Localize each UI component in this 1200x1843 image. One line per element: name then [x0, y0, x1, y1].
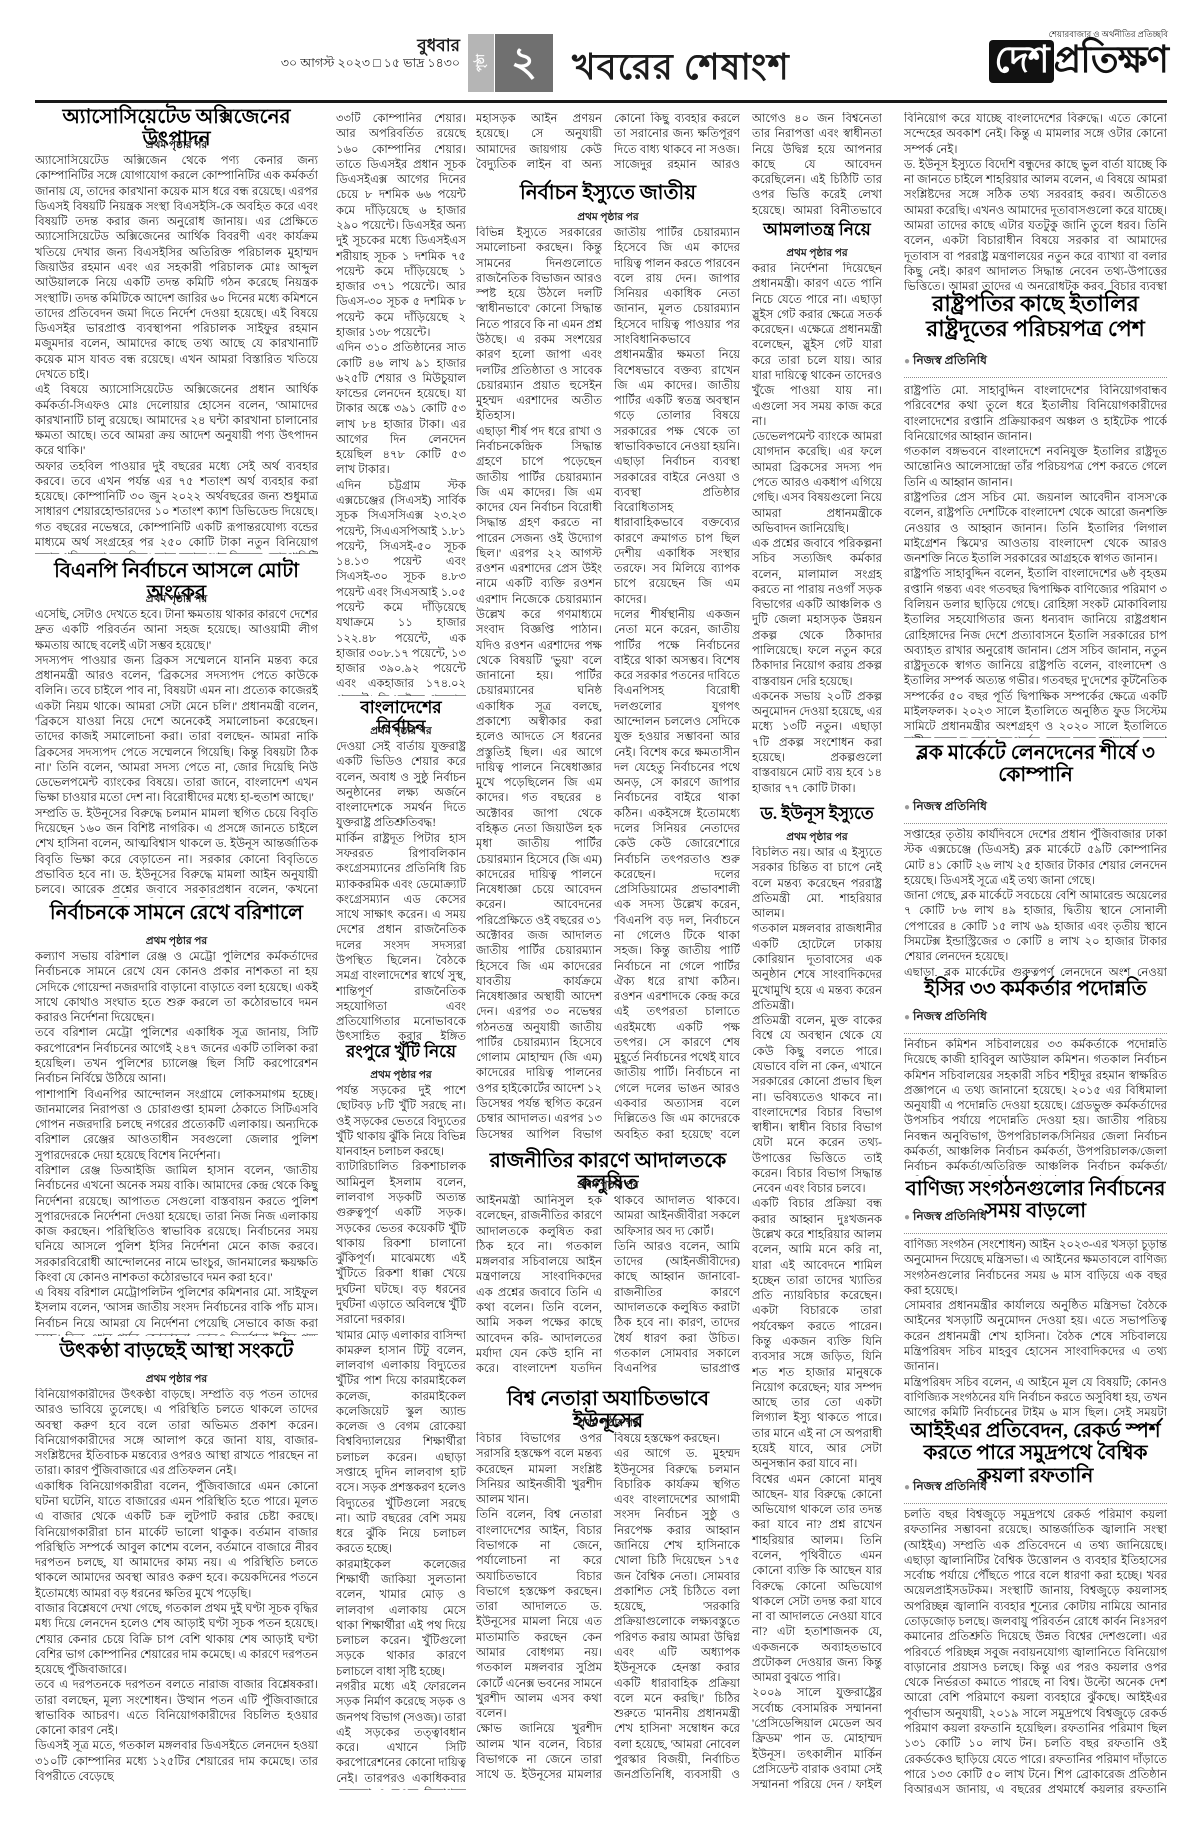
continued-marker: প্রথম পৃষ্ঠার পর [35, 1372, 318, 1389]
continued-marker: প্রথম পৃষ্ঠার পর [336, 1068, 466, 1085]
continuation-stock-indices: ৩৩টি কোম্পানির শেয়ার। আর অপরিবর্তিত রয়… [336, 112, 466, 696]
continued-marker: প্রথম পৃষ্ঠার পর [35, 592, 318, 609]
date-block: বুধবার ৩০ আগস্ট ২০২৩ □ ১৫ ভাদ্র ১৪৩০ [180, 36, 460, 71]
article-body-world-leaders-yunus: বিচার বিভাগের ওপর সরাসরি হস্তক্ষেপ বলে ম… [476, 1432, 740, 1790]
continued-marker: প্রথম পৃষ্ঠার পর [35, 934, 318, 951]
article-headline-rangpur-poles: রংপুরে খুঁটি নিয়ে [336, 1042, 466, 1061]
article-headline-ec-promotions: ইসির ৩৩ কর্মকর্তার পদোন্নতি [904, 978, 1167, 1000]
article-body-yunus-issue: বিচলিত নয়। আর এ ইস্যুতে সরকার চিন্তিত ব… [752, 846, 882, 1790]
section-title: খবরের শেষাংশ [572, 40, 972, 100]
article-headline-barishal-election: নির্বাচনকে সামনে রেখে বরিশালে [35, 902, 318, 924]
article-body-bureaucracy: করার নির্দেশনা দিয়েছেন প্রধানমন্ত্রী। ক… [752, 262, 882, 802]
continued-marker: প্রথম পৃষ্ঠার পর [752, 830, 882, 847]
article-body-rangpur-poles: পর্যন্ত সড়কের দুই পাশে ছোটবড় ৮টি খুঁটি… [336, 1084, 466, 1790]
article-body-coal-export: চলতি বছর বিশ্বজুড়ে সমুদ্রপথে রেকর্ড পরি… [904, 1508, 1167, 1796]
byline: ● নিজস্ব প্রতিনিধি [904, 352, 1167, 378]
article-body-italy-ambassador: রাষ্ট্রপতি মো. সাহাবুদ্দিন বাংলাদেশের বি… [904, 384, 1167, 738]
byline-text: নিজস্ব প্রতিনিধি [913, 353, 987, 367]
newspaper-page: বুধবার ৩০ আগস্ট ২০২৩ □ ১৫ ভাদ্র ১৪৩০ পৃষ… [0, 0, 1200, 1843]
byline: ● নিজস্ব প্রতিনিধি [904, 798, 1167, 824]
continued-marker: প্রথম পৃষ্ঠার পর [35, 138, 318, 155]
date-line: ৩০ আগস্ট ২০২৩ □ ১৫ ভাদ্র ১৪৩০ [180, 56, 460, 71]
masthead: শেয়ারবাজার ও অর্থনীতির প্রতিচ্ছবি দেশপ্… [960, 28, 1168, 81]
article-body-associated-oxygen: অ্যাসোসিয়েটেড অক্সিজেন থেকে পণ্য কেনার … [35, 154, 318, 554]
byline: ● নিজস্ব প্রতিনিধি [904, 1208, 1167, 1234]
article-body-jatiya-party-election: বিভিন্ন ইস্যুতে সরকারের সমালোচনা করছেন। … [476, 226, 740, 1146]
byline-text: নিজস্ব প্রতিনিধি [913, 1209, 987, 1223]
continued-marker: প্রথম পৃষ্ঠার পর [476, 1178, 740, 1195]
article-body-bangladesh-election: দেওয়া সেই বার্তায় যুক্তরাষ্ট্র একটি ভি… [336, 740, 466, 1040]
article-headline-block-market: ব্লক মার্কেটে লেনদেনের শীর্ষে ৩ কোম্পানি [904, 742, 1167, 787]
article-body-block-market: সপ্তাহের তৃতীয় কার্যদিবসে দেশের প্রধান … [904, 828, 1167, 976]
page-label-strip: পৃষ্ঠা [468, 34, 494, 92]
page-number: ২ [511, 30, 537, 97]
article-body-ec-promotions: নির্বাচন কমিশন সচিবালয়ের ৩৩ কর্মকর্তাকে… [904, 1038, 1167, 1176]
continued-marker: প্রথম পৃষ্ঠার পর [752, 246, 882, 263]
article-body-barishal-election: কল্যাণ সভায় বরিশাল রেঞ্জ ও মেট্রো পুলিশ… [35, 950, 318, 1336]
article-headline-italy-ambassador: রাষ্ট্রপতির কাছে ইতালির রাষ্ট্রদূতের পরি… [904, 292, 1167, 341]
continued-marker: প্রথম পৃষ্ঠার পর [336, 724, 466, 741]
masthead-word1: দেশ [989, 40, 1053, 83]
byline-bullet-icon: ● [904, 1012, 910, 1023]
article-body-bnp-election: এসেছি, সেটাও দেখতে হবে। টানা ক্ষমতায় থা… [35, 608, 318, 898]
byline-bullet-icon: ● [904, 1212, 910, 1223]
continued-marker: প্রথম পৃষ্ঠার পর [476, 210, 740, 227]
article-headline-yunus-issue: ড. ইউনূস ইস্যুতে [752, 804, 882, 823]
article-headline-bureaucracy: আমলাতন্ত্র নিয়ে [752, 220, 882, 239]
byline: ● নিজস্ব প্রতিনিধি [904, 1478, 1167, 1504]
header-rule [35, 100, 1167, 103]
byline-text: নিজস্ব প্রতিনিধি [913, 799, 987, 813]
byline-bullet-icon: ● [904, 802, 910, 813]
page-word: পৃষ্ঠা [472, 54, 491, 72]
byline-text: নিজস্ব প্রতিনিধি [913, 1009, 987, 1023]
byline-bullet-icon: ● [904, 356, 910, 367]
article-body-court-politics: আইনমন্ত্রী আনিসুল হক বলেছেন, রাজনীতির কা… [476, 1194, 740, 1384]
article-body-trade-org-election: বাণিজ্য সংগঠন (সংশোধন) আইন ২০২৩-এর খসড়া… [904, 1238, 1167, 1418]
masthead-logo: দেশপ্রতিক্ষণ [960, 42, 1168, 81]
byline-bullet-icon: ● [904, 1482, 910, 1493]
continuation-investment-letter: বিনিয়োগ করে যাচ্ছে বাংলাদেশের বিরুদ্ধে।… [904, 112, 1167, 290]
continuation-highway-law: মহাসড়ক আইন প্রণয়ন হয়েছে। সে অনুযায়ী … [476, 112, 740, 180]
page-number-badge: ২ [495, 34, 553, 92]
continued-marker: প্রথম পৃষ্ঠার পর [476, 1416, 740, 1433]
article-headline-jatiya-party-election: নির্বাচন ইস্যুতে জাতীয় [476, 182, 740, 204]
article-headline-investor-anxiety: উৎকণ্ঠা বাড়ছেই আস্থা সংকটে [35, 1340, 318, 1362]
byline: ● নিজস্ব প্রতিনিধি [904, 1008, 1167, 1034]
byline-text: নিজস্ব প্রতিনিধি [913, 1479, 987, 1493]
masthead-word2: প্রতিক্ষণ [1054, 40, 1168, 81]
day-name: বুধবার [180, 36, 460, 56]
continuation-open-letter: আগেও ৪০ জন বিশ্বনেতা তার নিরাপত্তা এবং স… [752, 112, 882, 218]
article-body-investor-anxiety: বিনিয়োগকারীদের উৎকণ্ঠা বাড়ছে। সম্প্রতি… [35, 1388, 318, 1790]
